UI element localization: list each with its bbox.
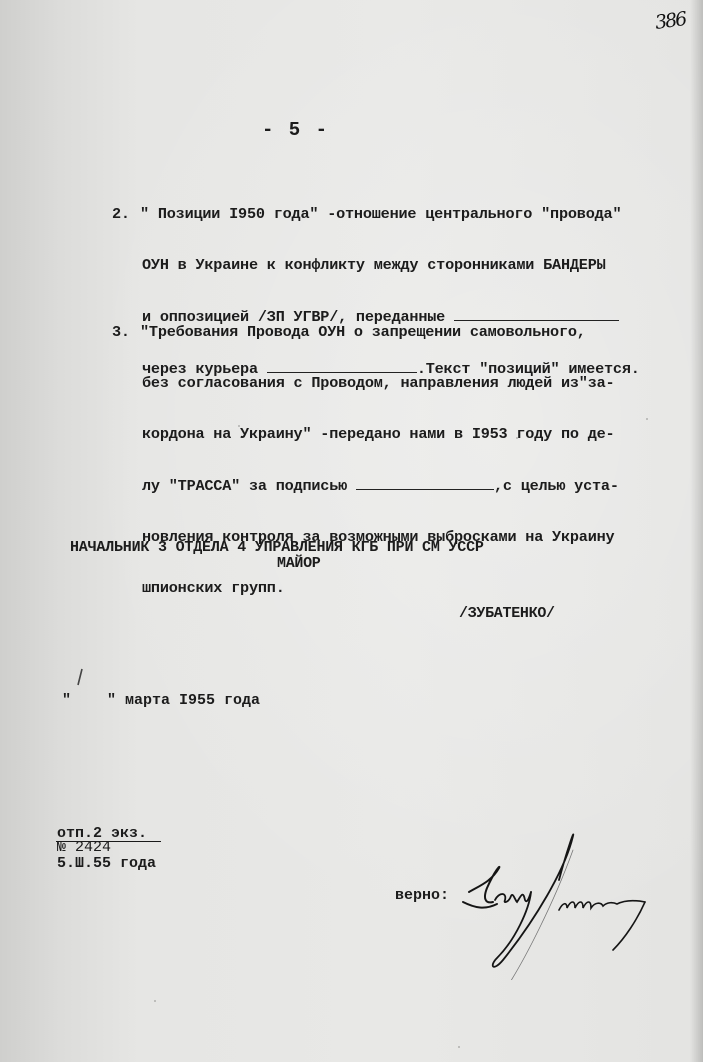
signatory-name: /ЗУБАТЕНКО/	[459, 605, 555, 622]
item-text-line: ,с целью уста-	[494, 477, 619, 495]
paper-speck	[154, 1000, 156, 1002]
item-text-line: без согласования с Проводом, направления…	[142, 374, 614, 392]
pencil-mark-icon	[77, 668, 83, 686]
item-number: 3.	[112, 324, 140, 341]
registration-date: 5.Ш.55 года	[57, 856, 156, 871]
verified-label: верно:	[395, 887, 449, 904]
page-marker: - 5 -	[262, 119, 329, 141]
signatory-rank: МАЙОР	[277, 555, 321, 572]
blank-field	[356, 477, 494, 490]
registration-number: № 2424	[57, 840, 111, 855]
archive-page-number: 386	[654, 8, 687, 34]
item-text-line: кордона на Украину" -передано нами в I95…	[142, 425, 614, 443]
paper-speck	[646, 418, 648, 420]
document-date: " " марта I955 года	[62, 692, 260, 709]
item-text-line: " Позиции I950 года" -отношение централь…	[140, 205, 621, 223]
item-number: 2.	[112, 206, 140, 223]
item-text-line: лу "ТРАССА" за подписью	[142, 477, 347, 495]
item-text-line: ОУН в Украине к конфликту между сторонни…	[142, 256, 606, 274]
paper-speck	[458, 1046, 460, 1048]
signatory-title: НАЧАЛЬНИК 3 ОТДЕЛА 4 УПРАВЛЕНИЯ КГБ ПРИ …	[70, 539, 484, 556]
list-item-3: 3."Требования Провода ОУН о запрещении с…	[112, 290, 619, 614]
item-text-line: шпионских групп.	[142, 579, 285, 597]
handwritten-signature-icon	[455, 830, 685, 980]
item-text-line: "Требования Провода ОУН о запрещении сам…	[140, 323, 586, 341]
